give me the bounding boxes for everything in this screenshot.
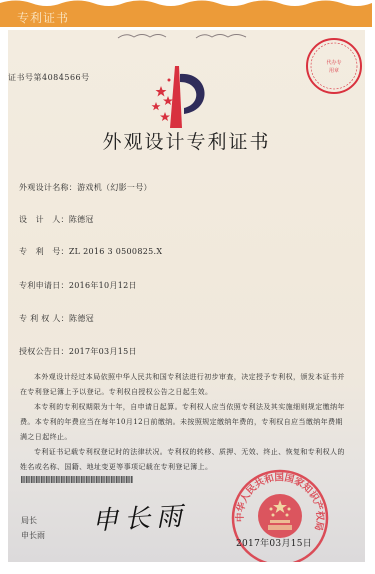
field-value: 陈德冠 (69, 314, 94, 323)
svg-text:代办专: 代办专 (326, 59, 341, 66)
agency-seal-icon: 代办专 用章 (304, 36, 364, 96)
field-value: 游戏机（幻影一号） (77, 183, 152, 192)
issue-date: 2017年03月15日 (236, 536, 312, 549)
ornament-decoration (116, 32, 251, 40)
field-label: 专利申请日： (19, 280, 69, 291)
field-designer: 设 计 人：陈德冠 (19, 214, 94, 225)
banner-title: 专利证书 (17, 9, 69, 26)
field-label: 专 利 权 人： (19, 313, 69, 324)
barcode (21, 476, 133, 483)
director-name: 申长雨 (21, 530, 45, 541)
body-paragraph: 本外观设计经过本局依照中华人民共和国专利法进行初步审查，决定授予专利权，颁发本证… (20, 370, 350, 400)
certificate-number: 证书号第4084566号 (8, 72, 90, 83)
wave-decoration (0, 0, 372, 8)
field-value: ZL 2016 3 0500825.X (69, 247, 163, 256)
certificate-title: 外观设计专利证书 (8, 127, 365, 154)
field-value: 陈德冠 (69, 215, 94, 224)
patent-certificate: 证书号第4084566号 代办专 用章 外观设计专利证书 外观设计名称：游戏机（… (8, 30, 365, 562)
svg-text:用章: 用章 (329, 67, 339, 74)
field-label: 外观设计名称： (19, 182, 77, 193)
section-banner: 专利证书 (0, 0, 372, 27)
field-value: 2016年10月12日 (69, 281, 137, 290)
certificate-body-text: 本外观设计经过本局依照中华人民共和国专利法进行初步审查，决定授予专利权，颁发本证… (20, 370, 350, 475)
field-application-date: 专利申请日：2016年10月12日 (19, 280, 137, 291)
body-paragraph: 本专利的专利权期限为十年，自申请日起算。专利权人应当依照专利法及其实施细则规定缴… (20, 400, 350, 445)
field-grant-date: 授权公告日：2017年03月15日 (19, 346, 137, 357)
field-label: 专 利 号： (19, 246, 69, 257)
field-design-name: 外观设计名称：游戏机（幻影一号） (19, 182, 152, 193)
field-label: 授权公告日： (19, 346, 69, 357)
field-patent-number: 专 利 号：ZL 2016 3 0500825.X (19, 246, 162, 257)
field-label: 设 计 人： (19, 214, 69, 225)
field-patentee: 专 利 权 人：陈德冠 (19, 313, 94, 324)
director-title: 局长 (21, 515, 37, 526)
director-signature: 申长雨 (91, 496, 189, 538)
field-value: 2017年03月15日 (69, 347, 137, 356)
patent-office-logo-icon (148, 62, 218, 130)
